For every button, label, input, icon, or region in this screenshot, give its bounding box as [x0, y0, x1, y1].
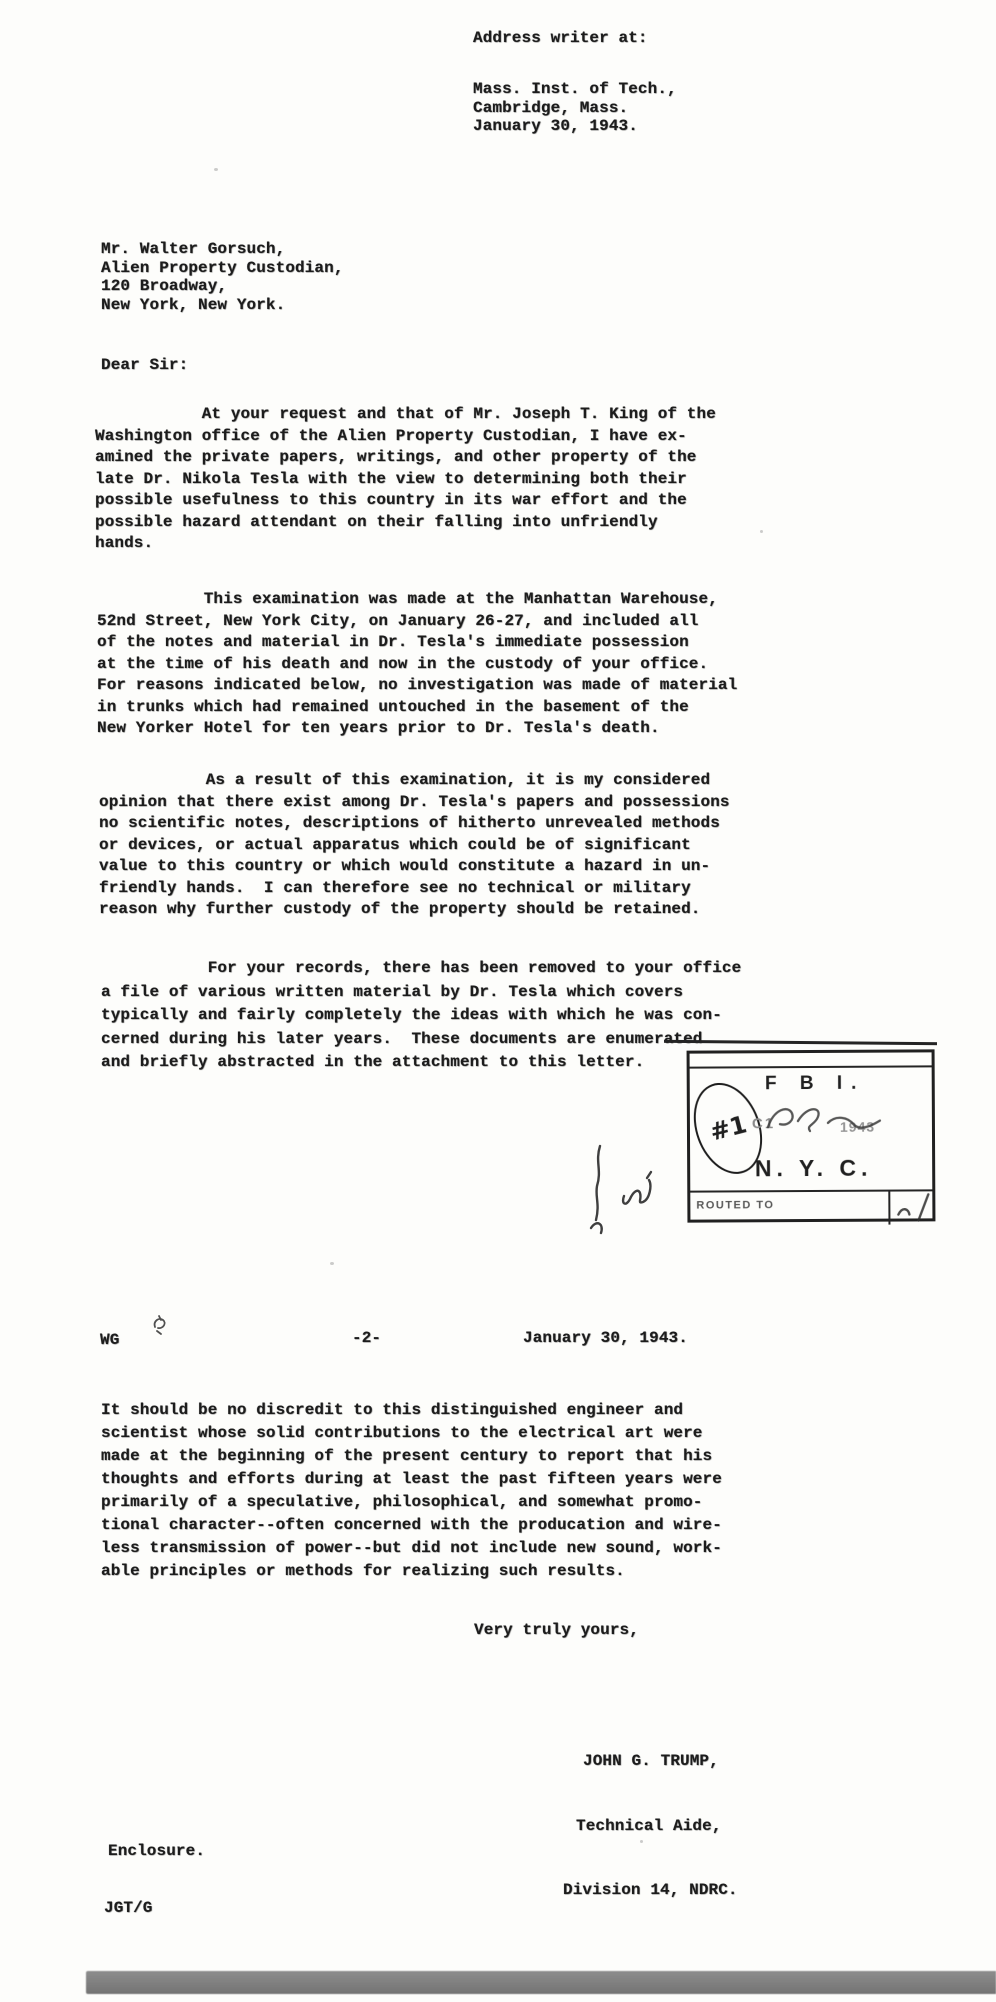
stamp-routed-label: ROUTED TO	[696, 1199, 774, 1211]
paragraph-1: At your request and that of Mr. Joseph T…	[95, 404, 716, 555]
stamp-number-text: #1	[707, 1110, 750, 1146]
stamp-city-label: N. Y. C.	[690, 1154, 932, 1182]
address-writer-label: Address writer at:	[473, 28, 648, 50]
signature-title: Technical Aide,	[576, 1816, 738, 1838]
salutation: Dear Sir:	[101, 355, 188, 377]
stamp-handwritten-slash	[894, 1190, 930, 1224]
handwritten-mark	[149, 1313, 171, 1337]
paragraph-3: As a result of this examination, it is m…	[99, 770, 730, 921]
enclosure-note: Enclosure.	[108, 1841, 205, 1863]
recipient-address: Mr. Walter Gorsuch, Alien Property Custo…	[101, 240, 344, 314]
page2-body-paragraph: It should be no discredit to this distin…	[101, 1399, 722, 1583]
page2-typist-initials: WG	[100, 1330, 119, 1352]
stamp-inner-top-rule	[690, 1065, 932, 1068]
scan-speck	[760, 530, 763, 533]
stamp-date-scrawl	[762, 1101, 892, 1144]
signature-name: JOHN G. TRUMP,	[583, 1751, 738, 1773]
scan-speck	[640, 1840, 643, 1843]
signature-division: Division 14, NDRC.	[563, 1880, 738, 1902]
return-address: Mass. Inst. of Tech., Cambridge, Mass. J…	[473, 80, 677, 136]
paragraph-4: For your records, there has been removed…	[101, 957, 741, 1075]
page2-page-number: -2-	[352, 1328, 381, 1350]
closing-line: Very truly yours,	[474, 1620, 639, 1642]
handwritten-initials-scribble	[584, 1140, 670, 1236]
scan-edge-bar	[86, 1971, 996, 1994]
paragraph-2: This examination was made at the Manhatt…	[97, 589, 737, 740]
fbi-received-stamp: F B I. #1 C1 1943 N. Y. C. ROUTED TO	[687, 1049, 936, 1222]
scan-speck	[214, 168, 218, 171]
reference-initials: JGT/G	[104, 1898, 153, 1920]
letter-scan-page: Address writer at: Mass. Inst. of Tech.,…	[0, 0, 996, 2002]
stamp-vertical-divider	[888, 1192, 890, 1225]
scan-speck	[330, 1262, 334, 1265]
page2-date: January 30, 1943.	[523, 1328, 688, 1350]
signature-block: JOHN G. TRUMP, Technical Aide, Division …	[563, 1708, 738, 1945]
